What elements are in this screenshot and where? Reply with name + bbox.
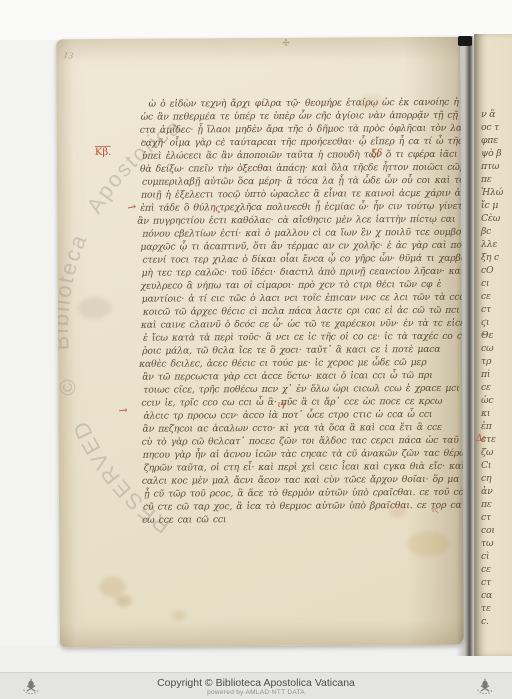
facing-line-fragment: τω (481, 537, 512, 550)
facing-line-fragment: λλε (481, 238, 512, 251)
facing-line-fragment: ζω (481, 446, 512, 459)
facing-line-fragment: ἴϲ μ (481, 199, 512, 212)
facing-line-fragment: τρ (481, 355, 512, 368)
facing-line-fragment: πε (481, 498, 512, 511)
rubric-inline-lower: ιγ (277, 400, 286, 410)
facing-line-fragment: ὡϲ (481, 394, 512, 407)
facing-page-rubric: Δι (476, 434, 486, 444)
facing-line-fragment: ϲὶ (481, 550, 512, 563)
rubric-inline-upper: ξδ (371, 148, 383, 159)
facing-line-fragment: ἀν (481, 485, 512, 498)
facing-line-fragment: ϛι (481, 316, 512, 329)
facing-line-fragment: ν ἅ (481, 108, 512, 121)
facing-line-fragment: Θε (481, 329, 512, 342)
facing-line-fragment: ϲε (481, 290, 512, 303)
facing-line-fragment: πὶ (481, 368, 512, 381)
binding-gutter-shadow (456, 36, 476, 656)
facing-line-fragment: ϲι (481, 277, 512, 290)
facing-line-fragment: ξη ϲ (481, 251, 512, 264)
facing-line-fragment: Ϲι (481, 459, 512, 472)
powered-by-text: powered by AMLAD·NTT DATA (0, 689, 512, 696)
parchment-stain (407, 531, 449, 557)
facing-line-fragment: ϲτ (481, 303, 512, 316)
facing-page-edge: ν ἅοϲ τφπεψὸ βπτωπεἩλώἴϲ μϹὲωβϲλλεξη ϲϲΟ… (474, 34, 512, 656)
rubric-chapter-number: Κβ. (95, 146, 112, 158)
parchment-stain (99, 577, 125, 597)
rubric-margin-arrow-lower: → (118, 403, 129, 417)
folio-number: 13 (63, 51, 74, 61)
facing-line-fragment: ϲΟ (481, 264, 512, 277)
manuscript-text-block: ὼ ὁ εἰδὼν τεχνὴ ἄρχι φίλρα τῷ· θεομήρε ἑ… (141, 96, 456, 527)
facing-line-fragment: ϲτ (481, 511, 512, 524)
facing-line-fragment: κι (481, 407, 512, 420)
vatican-emblem-icon (20, 676, 42, 698)
binding-clip (458, 36, 472, 46)
facing-line-fragment: ϲω (481, 342, 512, 355)
quire-mark: ✢ (282, 38, 290, 49)
facing-line-fragment: πτω (481, 160, 512, 173)
facing-line-fragment: τε (481, 602, 512, 615)
facing-line-fragment: ψὸ β (481, 147, 512, 160)
facing-line-fragment: ϲτ (481, 576, 512, 589)
vatican-emblem-icon (474, 676, 496, 698)
facing-line-fragment: ἐπ (481, 420, 512, 433)
manuscript-viewer-screenshot: RESERVED © Biblioteca Apostolica 13 ✢ ὼ … (0, 0, 512, 699)
copyright-footer-bar: Copyright © Biblioteca Apostolica Vatica… (0, 672, 512, 699)
manuscript-line: ϲω ϲϲε ϲαι ϲῶ ϲϲι (142, 512, 455, 527)
facing-line-fragment: φπε (481, 134, 512, 147)
facing-line-fragment: ϲε (481, 381, 512, 394)
facing-line-fragment: Ἡλώ (481, 186, 512, 199)
background-top-strip (0, 0, 512, 40)
parchment-stain (172, 610, 186, 620)
facing-line-fragment: ϲε (481, 563, 512, 576)
manuscript-page: RESERVED © Biblioteca Apostolica 13 ✢ ὼ … (56, 37, 464, 647)
pencil-smudge (78, 297, 112, 319)
facing-page-text-fragments: ν ἅοϲ τφπεψὸ βπτωπεἩλώἴϲ μϹὲωβϲλλεξη ϲϲΟ… (474, 34, 512, 628)
rubric-inline-mid: ϛ (215, 203, 221, 214)
rubric-inline-tiny: τϛ (431, 506, 439, 514)
facing-line-fragment: ϲα (481, 589, 512, 602)
facing-line-fragment: ϲοι (481, 524, 512, 537)
facing-line-fragment: ϲη (481, 472, 512, 485)
facing-line-fragment: Ϲὲω (481, 212, 512, 225)
copyright-text: Copyright © Biblioteca Apostolica Vatica… (0, 677, 512, 689)
parchment-stain (116, 595, 132, 607)
facing-line-fragment: ϲ. (481, 615, 512, 628)
rubric-margin-arrow-upper: → (126, 200, 138, 215)
background-bottom-strip (0, 646, 512, 672)
facing-line-fragment: οϲ τ (481, 121, 512, 134)
facing-line-fragment: βϲ (481, 225, 512, 238)
facing-line-fragment: πε (481, 173, 512, 186)
